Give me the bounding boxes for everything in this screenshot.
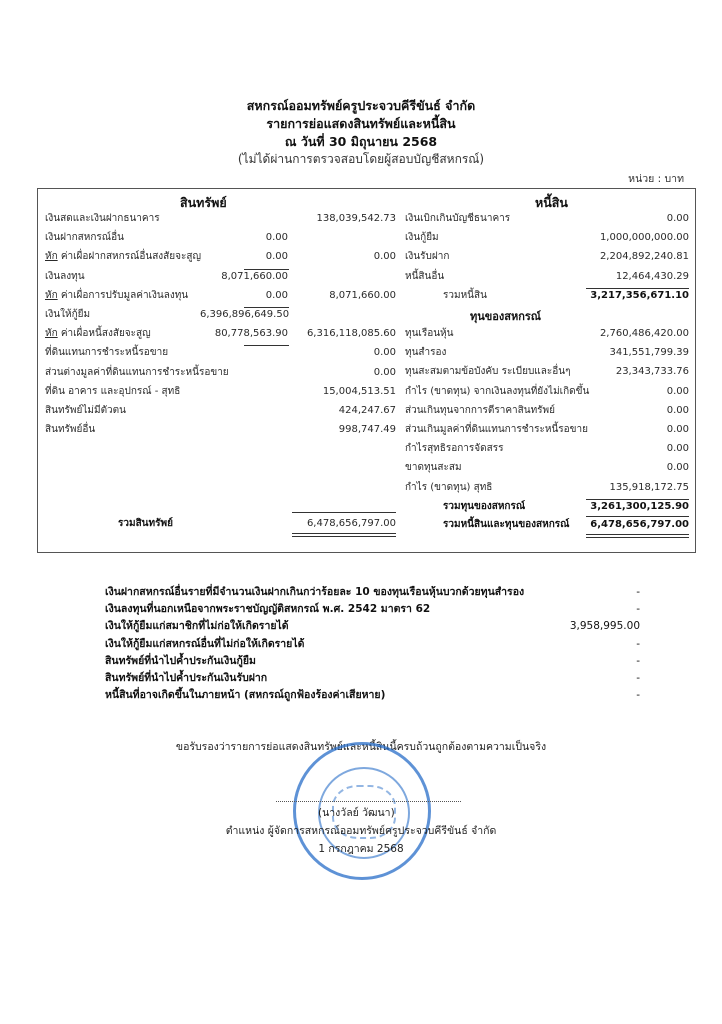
note-label: เงินลงทุนที่นอกเหนือจากพระราชบัญญัติสหกร… (105, 602, 430, 617)
liability-row-value: 0.00 (560, 212, 689, 226)
total-assets-value: 6,478,656,797.00 (290, 517, 396, 531)
liability-row-label: เงินเบิกเกินบัญชีธนาคาร (405, 212, 510, 226)
equity-row-value: 0.00 (560, 404, 689, 418)
equity-title: ทุนของสหกรณ์ (470, 307, 541, 325)
liability-row-label: เงินรับฝาก (405, 250, 449, 264)
unit-label: หน่วย : บาท (628, 170, 684, 187)
asset-row-value: 138,039,542.73 (290, 212, 396, 226)
equity-row-value: 0.00 (560, 461, 689, 475)
subtotal-rule (244, 269, 289, 270)
grand-total-value: 6,478,656,797.00 (560, 518, 689, 532)
asset-row-label: เงินให้กู้ยืม (45, 308, 90, 322)
equity-row-value: 135,918,172.75 (560, 481, 689, 495)
asset-row-value: 424,247.67 (290, 404, 396, 418)
total-double-rule (292, 533, 396, 537)
equity-row-label: ทุนเรือนหุ้น (405, 327, 454, 341)
audit-note: (ไม่ได้ผ่านการตรวจสอบโดยผู้สอบบัญชีสหกรณ… (0, 150, 722, 169)
equity-row-label: ทุนสะสมตามข้อบังคับ ระเบียบและอื่นๆ (405, 365, 570, 379)
asset-row-label: ที่ดิน อาคาร และอุปกรณ์ - สุทธิ (45, 385, 180, 399)
asset-row-label: สินทรัพย์ไม่มีตัวตน (45, 404, 126, 418)
asset-row-subvalue: 0.00 (200, 289, 288, 303)
liability-row-label: หนี้สินอื่น (405, 270, 444, 284)
note-value: - (520, 654, 640, 669)
asset-row-subvalue: 6,396,896,649.50 (200, 308, 288, 322)
as-of-date: ณ วันที่ 30 มิถุนายน 2568 (0, 132, 722, 152)
total-liabilities-value: 3,217,356,671.10 (560, 289, 689, 303)
asset-row-label: เงินลงทุน (45, 270, 85, 284)
total-rule (292, 512, 396, 513)
asset-row-value: 0.00 (290, 346, 396, 360)
equity-row-value: 341,551,799.39 (560, 346, 689, 360)
note-value: - (520, 671, 640, 686)
note-value: - (520, 688, 640, 703)
asset-row-label: หัก ค่าเผื่อการปรับมูลค่าเงินลงทุน (45, 289, 188, 303)
total-liabilities-label: รวมหนี้สิน (443, 289, 487, 303)
asset-row-label: ที่ดินแทนการชำระหนี้รอขาย (45, 346, 168, 360)
note-label: เงินฝากสหกรณ์อื่นรายที่มีจำนวนเงินฝากเกิ… (105, 585, 524, 600)
assets-title: สินทรัพย์ (180, 193, 227, 213)
note-label: หนี้สินที่อาจเกิดขึ้นในภายหน้า (สหกรณ์ถู… (105, 688, 385, 703)
asset-row-value: 6,316,118,085.60 (290, 327, 396, 341)
equity-row-value: 0.00 (560, 385, 689, 399)
liability-row-label: เงินกู้ยืม (405, 231, 439, 245)
subtotal-rule (586, 516, 689, 517)
asset-row-subvalue: 8,071,660.00 (200, 270, 288, 284)
grand-total-label: รวมหนี้สินและทุนของสหกรณ์ (443, 518, 569, 532)
asset-row-subvalue: 0.00 (200, 231, 288, 245)
asset-row-label: สินทรัพย์อื่น (45, 423, 95, 437)
note-label: เงินให้กู้ยืมแก่สมาชิกที่ไม่ก่อให้เกิดรา… (105, 619, 289, 634)
equity-row-label: กำไร (ขาดทุน) สุทธิ (405, 481, 492, 495)
equity-row-label: กำไรสุทธิรอการจัดสรร (405, 442, 504, 456)
signature-date: 1 กรกฎาคม 2568 (0, 840, 722, 857)
grand-total-double-rule (586, 534, 689, 538)
note-label: สินทรัพย์ที่นำไปค้ำประกันเงินกู้ยืม (105, 654, 256, 669)
equity-row-label: ส่วนเกินทุนจากการตีราคาสินทรัพย์ (405, 404, 555, 418)
note-label: สินทรัพย์ที่นำไปค้ำประกันเงินรับฝาก (105, 671, 267, 686)
note-value: - (520, 585, 640, 600)
note-value: - (520, 637, 640, 652)
total-assets-label: รวมสินทรัพย์ (118, 517, 173, 531)
subtotal-rule (244, 307, 289, 308)
asset-row-label: เงินฝากสหกรณ์อื่น (45, 231, 124, 245)
equity-row-value: 2,760,486,420.00 (560, 327, 689, 341)
equity-row-label: ทุนสำรอง (405, 346, 446, 360)
organization-name: สหกรณ์ออมทรัพย์ครูประจวบคีรีขันธ์ จำกัด (0, 96, 722, 116)
liability-row-value: 2,204,892,240.81 (560, 250, 689, 264)
note-label: เงินให้กู้ยืมแก่สหกรณ์อื่นที่ไม่ก่อให้เก… (105, 637, 304, 652)
signature-line (276, 801, 461, 802)
equity-row-value: 0.00 (560, 442, 689, 456)
equity-row-value: 0.00 (560, 423, 689, 437)
equity-row-label: ขาดทุนสะสม (405, 461, 462, 475)
total-equity-value: 3,261,300,125.90 (560, 500, 689, 514)
equity-row-value: 23,343,733.76 (560, 365, 689, 379)
asset-row-value: 0.00 (290, 366, 396, 380)
asset-row-subvalue: 0.00 (200, 250, 288, 264)
note-value: - (520, 602, 640, 617)
note-value: 3,958,995.00 (520, 619, 640, 634)
signer-name: (นางวัลย์ วัฒนา) (318, 804, 395, 821)
asset-row-value: 998,747.49 (290, 423, 396, 437)
asset-row-label: หัก ค่าเผื่อฝากสหกรณ์อื่นสงสัยจะสูญ (45, 250, 201, 264)
asset-row-label: ส่วนต่างมูลค่าที่ดินแทนการชำระหนี้รอขาย (45, 366, 229, 380)
total-equity-label: รวมทุนของสหกรณ์ (443, 500, 525, 514)
liability-row-value: 1,000,000,000.00 (560, 231, 689, 245)
liability-row-value: 12,464,430.29 (560, 270, 689, 284)
asset-row-value: 8,071,660.00 (290, 289, 396, 303)
liabilities-title: หนี้สิน (535, 193, 568, 213)
subtotal-rule (244, 345, 289, 346)
asset-row-label: เงินสดและเงินฝากธนาคาร (45, 212, 160, 226)
report-title: รายการย่อแสดงสินทรัพย์และหนี้สิน (0, 114, 722, 134)
asset-row-subvalue: 80,778,563.90 (200, 327, 288, 341)
signer-position: ตำแหน่ง ผู้จัดการสหกรณ์ออมทรัพย์ครูประจว… (0, 822, 722, 839)
asset-row-value: 0.00 (290, 250, 396, 264)
asset-row-value: 15,004,513.51 (290, 385, 396, 399)
asset-row-label: หัก ค่าเผื่อหนี้สงสัยจะสูญ (45, 327, 151, 341)
